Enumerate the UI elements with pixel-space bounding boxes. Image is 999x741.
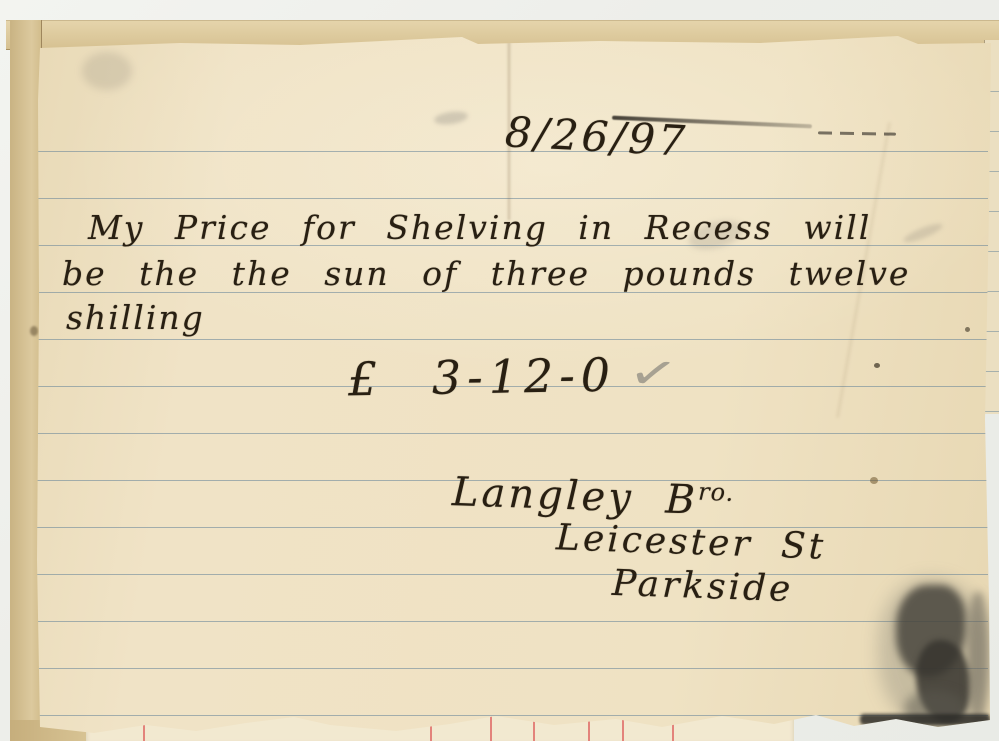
signature-name-main: Langley B [451, 469, 698, 524]
ruled-line [36, 621, 988, 622]
stain [82, 52, 132, 90]
body-line-1: My Price for Shelving in Recess will [88, 208, 871, 247]
body-line-2: be the the sun of three pounds twelve [62, 254, 910, 293]
ruled-line [36, 339, 988, 340]
pencil-smudge [902, 220, 945, 245]
signature-locality: Parkside [611, 563, 794, 610]
ink-blot [968, 592, 988, 724]
ruled-line [36, 198, 988, 199]
note-sheet: 8/26/97 My Price for Shelving in Recess … [0, 0, 999, 741]
ink-fleck [965, 327, 970, 332]
date-text: 8/26/97 [504, 107, 689, 166]
ruled-line [36, 715, 988, 716]
price-amount: £ 3-12-0 [348, 348, 617, 407]
stain [30, 326, 38, 336]
signature-name: Langley Bro. [451, 469, 735, 525]
body-line-3: shilling [66, 298, 205, 337]
ink-fleck [870, 477, 878, 484]
ruled-line [36, 433, 988, 434]
ink-smear [818, 131, 896, 135]
signature-name-superscript: ro. [698, 478, 735, 507]
ruled-line [36, 668, 988, 669]
signature-street: Leicester St [555, 517, 826, 567]
ruled-line [36, 574, 988, 575]
ink-fleck [874, 363, 880, 368]
ruled-line [36, 527, 988, 528]
pencil-smudge [433, 110, 468, 127]
adjacent-page-left-edge [10, 20, 42, 741]
pencil-check-icon: ✓ [625, 343, 682, 403]
